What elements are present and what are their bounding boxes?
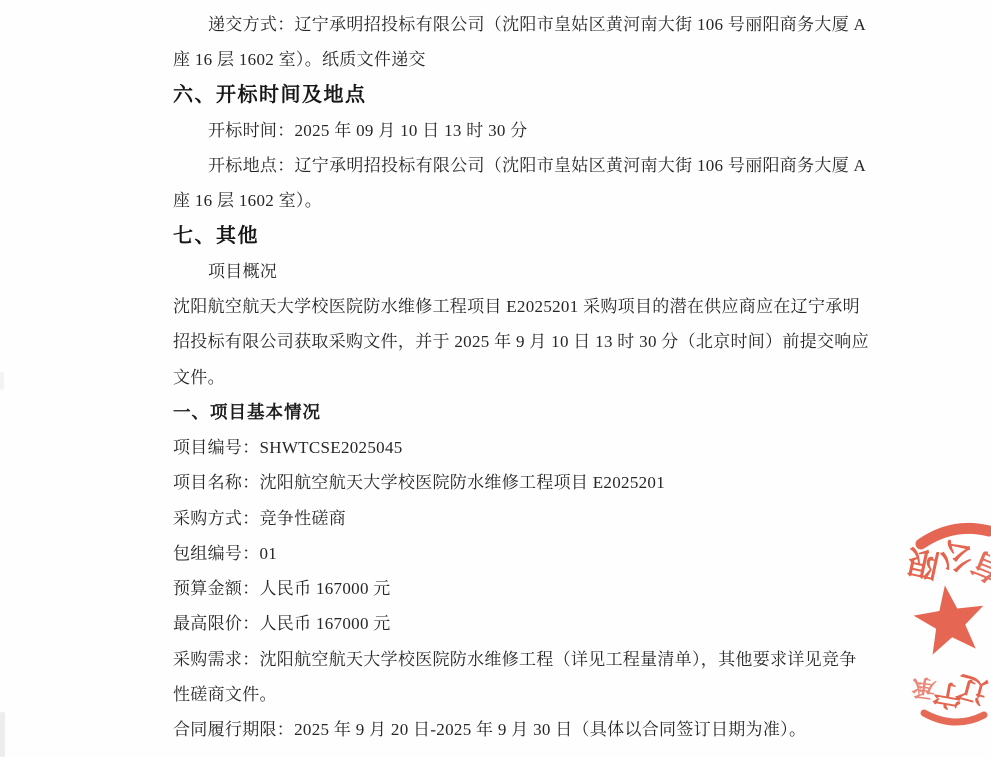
document-line: 招投标有限公司获取采购文件，并于 2025 年 9 月 10 日 13 时 30… xyxy=(173,324,873,359)
document-line: 座 16 层 1602 室）。 xyxy=(173,183,873,218)
document-line: 性磋商文件。 xyxy=(173,677,873,712)
document-line: 采购需求：沈阳航空航天大学校医院防水维修工程（详见工程量清单），其他要求详见竞争 xyxy=(173,642,873,677)
seal-char-upper: 限 xyxy=(904,542,943,584)
document-body: 递交方式：辽宁承明招投标有限公司（沈阳市皇姑区黄河南大街 106 号丽阳商务大厦… xyxy=(173,7,873,747)
document-line: 递交方式：辽宁承明招投标有限公司（沈阳市皇姑区黄河南大街 106 号丽阳商务大厦… xyxy=(173,7,873,42)
document-line: 一、项目基本情况 xyxy=(173,395,873,430)
document-line: 开标地点：辽宁承明招投标有限公司（沈阳市皇姑区黄河南大街 106 号丽阳商务大厦… xyxy=(173,148,873,183)
document-line: 采购方式：竞争性磋商 xyxy=(173,501,873,536)
document-line: 六、开标时间及地点 xyxy=(173,78,873,113)
document-page: 递交方式：辽宁承明招投标有限公司（沈阳市皇姑区黄河南大街 106 号丽阳商务大厦… xyxy=(0,0,991,757)
seal-arc-bottom xyxy=(924,713,984,722)
document-line: 座 16 层 1602 室）。纸质文件递交 xyxy=(173,42,873,77)
scan-edge-artifact xyxy=(0,372,4,390)
document-line: 项目编号：SHWTCSE2025045 xyxy=(173,430,873,465)
document-line: 最高限价：人民币 167000 元 xyxy=(173,606,873,641)
document-line: 合同履行期限：2025 年 9 月 20 日-2025 年 9 月 30 日（具… xyxy=(173,712,873,747)
document-line: 项目名称：沈阳航空航天大学校医院防水维修工程项目 E2025201 xyxy=(173,465,873,500)
document-line: 项目概况 xyxy=(173,254,873,289)
document-line: 七、其他 xyxy=(173,219,873,254)
document-line: 包组编号：01 xyxy=(173,536,873,571)
seal-char-lower: 辽 xyxy=(953,668,991,708)
scan-edge-artifact xyxy=(0,712,5,757)
document-line: 预算金额：人民币 167000 元 xyxy=(173,571,873,606)
star-icon xyxy=(910,580,989,656)
document-line: 沈阳航空航天大学校医院防水维修工程项目 E2025201 采购项目的潜在供应商应… xyxy=(173,289,873,324)
document-line: 文件。 xyxy=(173,360,873,395)
document-line: 开标时间：2025 年 09 月 10 日 13 时 30 分 xyxy=(173,113,873,148)
company-seal-stamp: 限 公 有 承 宁 辽 xyxy=(897,517,991,757)
